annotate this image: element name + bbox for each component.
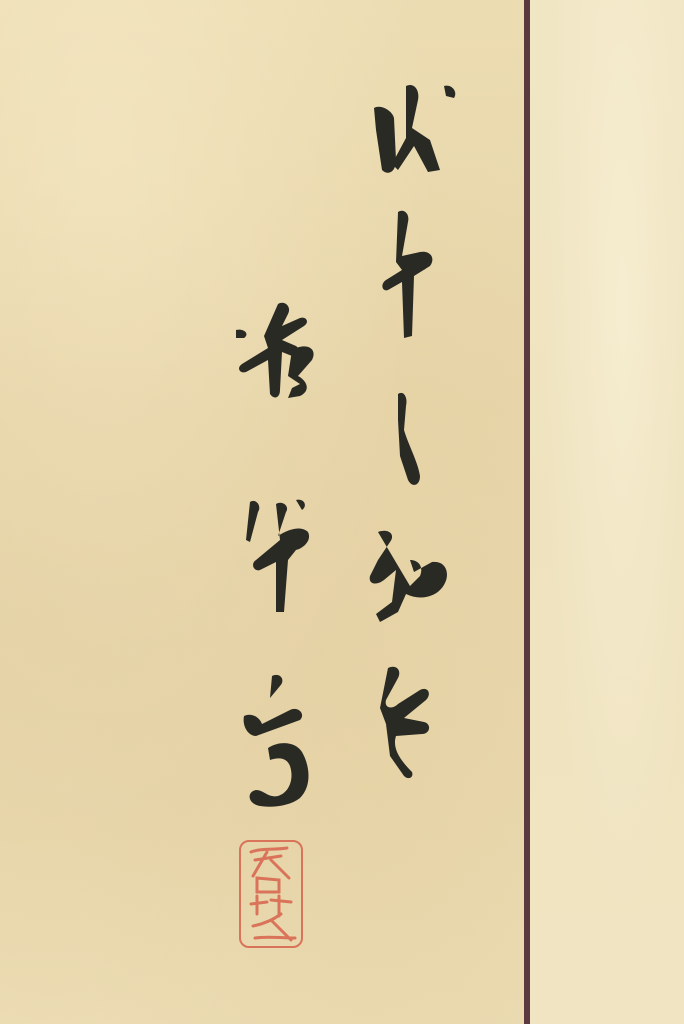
character-no (398, 393, 420, 485)
character-go (382, 211, 432, 338)
character-ho (246, 500, 309, 612)
character-bo (374, 85, 455, 173)
character-fuyu (380, 667, 429, 778)
character-so (236, 303, 314, 398)
character-sho (370, 531, 447, 622)
character-sha (244, 675, 309, 807)
calligraphy-inscription (0, 0, 684, 1024)
red-seal-stamp (239, 840, 303, 948)
